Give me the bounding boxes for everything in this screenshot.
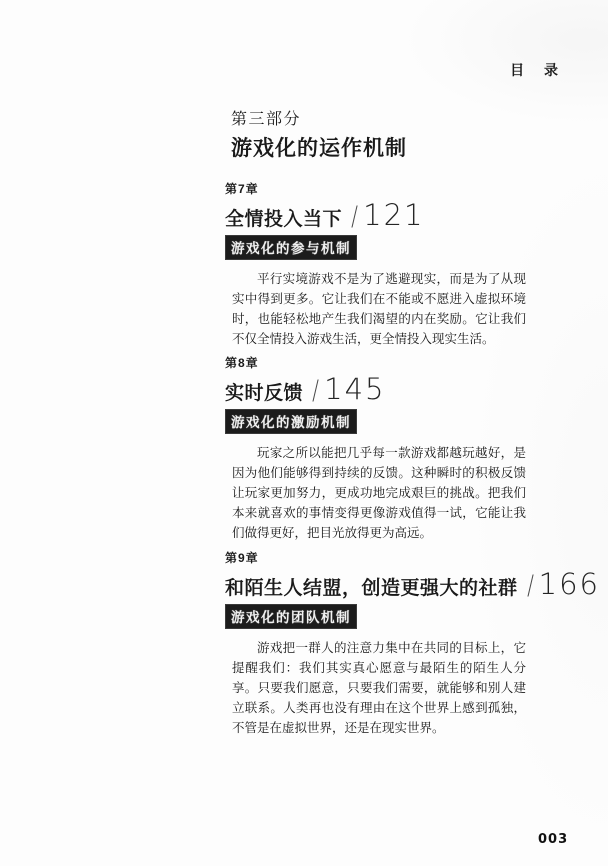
page-separator-slash: / [312, 375, 319, 406]
chapter-summary: 玩家之所以能把几乎每一款游戏都越玩越好，是因为他们能够得到持续的反馈。这种瞬时的… [232, 443, 526, 543]
chapter-summary: 游戏把一群人的注意力集中在共同的目标上，它提醒我们：我们其实真心愿意与最陌生的陌… [232, 638, 526, 738]
chapter-title: 全情投入当下 [225, 204, 342, 231]
chapter-summary: 平行实境游戏不是为了逃避现实，而是为了从现实中得到更多。它让我们在不能或不愿进入… [232, 269, 526, 349]
chapter-tag: 游戏化的团队机制 [225, 604, 357, 629]
toc-header: 目 录 [510, 60, 566, 80]
book-toc-page: 目 录 第三部分 游戏化的运作机制 第7章 全情投入当下 / 121 游戏化的参… [0, 0, 608, 866]
chapter-page-number: 121 [363, 198, 424, 232]
chapter-title-row: 全情投入当下 / 121 [225, 198, 570, 232]
chapter-entry-9: 第9章 和陌生人结盟，创造更强大的社群 / 166 游戏化的团队机制 游戏把一群… [225, 549, 570, 738]
chapter-title: 和陌生人结盟，创造更强大的社群 [225, 573, 518, 600]
chapter-page-number: 166 [539, 567, 600, 601]
chapter-title-row: 和陌生人结盟，创造更强大的社群 / 166 [225, 567, 570, 601]
folio-page-number: 003 [538, 832, 568, 847]
chapter-label: 第9章 [225, 549, 570, 566]
chapter-title-row: 实时反馈 / 145 [225, 372, 570, 406]
chapter-tag: 游戏化的参与机制 [225, 235, 357, 260]
part-section: 第三部分 游戏化的运作机制 [231, 106, 407, 162]
chapter-entry-8: 第8章 实时反馈 / 145 游戏化的激励机制 玩家之所以能把几乎每一款游戏都越… [225, 354, 570, 543]
chapter-tag: 游戏化的激励机制 [225, 409, 357, 434]
chapter-entry-7: 第7章 全情投入当下 / 121 游戏化的参与机制 平行实境游戏不是为了逃避现实… [225, 180, 570, 349]
part-title: 游戏化的运作机制 [231, 132, 407, 162]
page-separator-slash: / [527, 570, 534, 601]
part-label: 第三部分 [231, 106, 407, 129]
page-separator-slash: / [351, 201, 358, 232]
chapter-label: 第8章 [225, 354, 570, 371]
chapter-label: 第7章 [225, 180, 570, 197]
chapter-title: 实时反馈 [225, 378, 303, 405]
chapter-page-number: 145 [324, 372, 385, 406]
